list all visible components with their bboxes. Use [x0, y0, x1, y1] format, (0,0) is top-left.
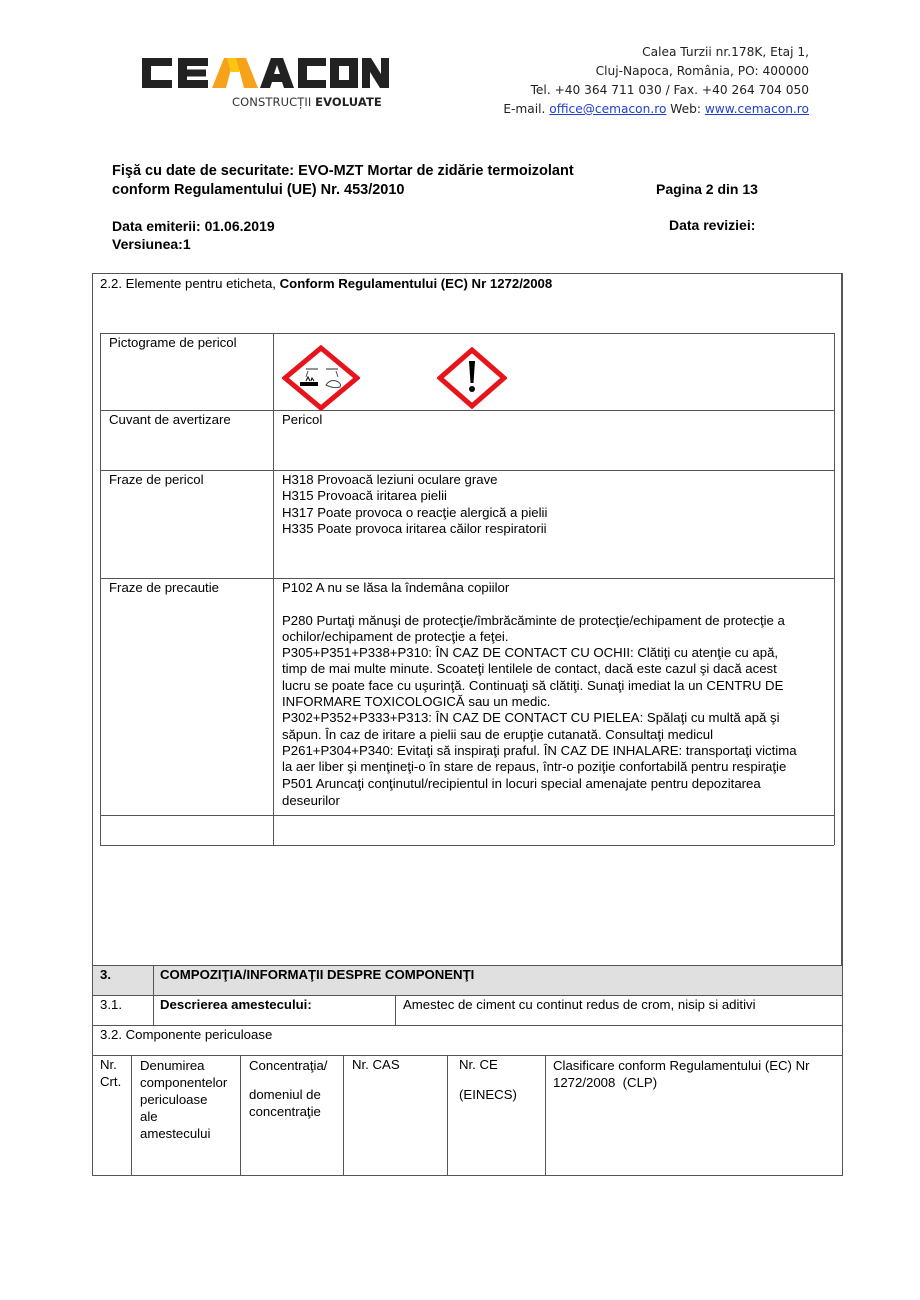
- hazard-statements-list: H318 Provoacă leziuni oculare grave H315…: [282, 472, 547, 537]
- company-address: Calea Turzii nr.178K, Etaj 1, Cluj-Napoc…: [503, 43, 809, 119]
- version: Versiunea:1: [112, 235, 275, 253]
- email-link[interactable]: office@cemacon.ro: [549, 102, 666, 116]
- signal-word-label: Cuvant de avertizare: [109, 412, 231, 428]
- phone-fax-line: Tel. +40 364 711 030 / Fax. +40 264 704 …: [503, 81, 809, 100]
- issue-date: Data emiterii: 01.06.2019: [112, 217, 275, 235]
- address-line-1: Calea Turzii nr.178K, Etaj 1,: [503, 43, 809, 62]
- company-logo: CONSTRUCȚII EVOLUATE: [140, 52, 390, 112]
- hazard-statement: H335 Poate provoca iritarea căilor respi…: [282, 521, 547, 537]
- precautionary-statements-list: P102 A nu se lăsa la îndemâna copiilor P…: [282, 580, 797, 809]
- mixture-description-label: Descrierea amestecului:: [160, 997, 312, 1013]
- cemacon-logo-icon: [140, 52, 390, 94]
- document-title: Fişă cu date de securitate: EVO-MZT Mort…: [112, 162, 574, 200]
- section-3-title: COMPOZIŢIA/INFORMAŢII DESPRE COMPONENŢI: [160, 967, 474, 983]
- signal-word-value: Pericol: [282, 412, 322, 428]
- issue-info: Data emiterii: 01.06.2019 Versiunea:1: [112, 217, 275, 253]
- hazard-statement: H318 Provoacă leziuni oculare grave: [282, 472, 547, 488]
- col-header-component-name: Denumirea componentelor periculoase ale …: [140, 1057, 227, 1142]
- exclamation-mark-pictogram-icon: [437, 347, 507, 409]
- logo-tagline: CONSTRUCȚII EVOLUATE: [232, 95, 382, 109]
- hazard-statement: H317 Poate provoca o reacţie alergică a …: [282, 505, 547, 521]
- hazard-statement: H315 Provoacă iritarea pielii: [282, 488, 547, 504]
- contact-line: E-mail. office@cemacon.ro Web: www.cemac…: [503, 100, 809, 119]
- mixture-description-value: Amestec de ciment cu continut redus de c…: [403, 997, 756, 1013]
- col-header-nr-crt: Nr. Crt.: [100, 1057, 121, 1090]
- web-link[interactable]: www.cemacon.ro: [705, 102, 809, 116]
- col-header-cas-number: Nr. CAS: [352, 1057, 400, 1073]
- corrosion-pictogram-icon: [282, 345, 360, 411]
- revision-date: Data reviziei:: [669, 217, 755, 233]
- subsection-3-1-number: 3.1.: [100, 997, 122, 1013]
- address-line-2: Cluj-Napoca, România, PO: 400000: [503, 62, 809, 81]
- col-header-clp-classification: Clasificare conform Regulamentului (EC) …: [553, 1057, 810, 1091]
- col-header-ce-number: Nr. CE (EINECS): [459, 1057, 517, 1103]
- pictograms-label: Pictograme de pericol: [109, 335, 237, 351]
- section-3-number: 3.: [100, 967, 111, 983]
- page-number: Pagina 2 din 13: [656, 181, 758, 197]
- precautionary-statements-label: Fraze de precautie: [109, 580, 219, 596]
- hazardous-components-heading: 3.2. Componente periculoase: [100, 1027, 272, 1043]
- col-header-concentration: Concentraţia/ domeniul de concentraţie: [249, 1057, 327, 1120]
- section-2-2-heading: 2.2. Elemente pentru eticheta, Conform R…: [100, 276, 552, 292]
- hazard-statements-label: Fraze de pericol: [109, 472, 204, 488]
